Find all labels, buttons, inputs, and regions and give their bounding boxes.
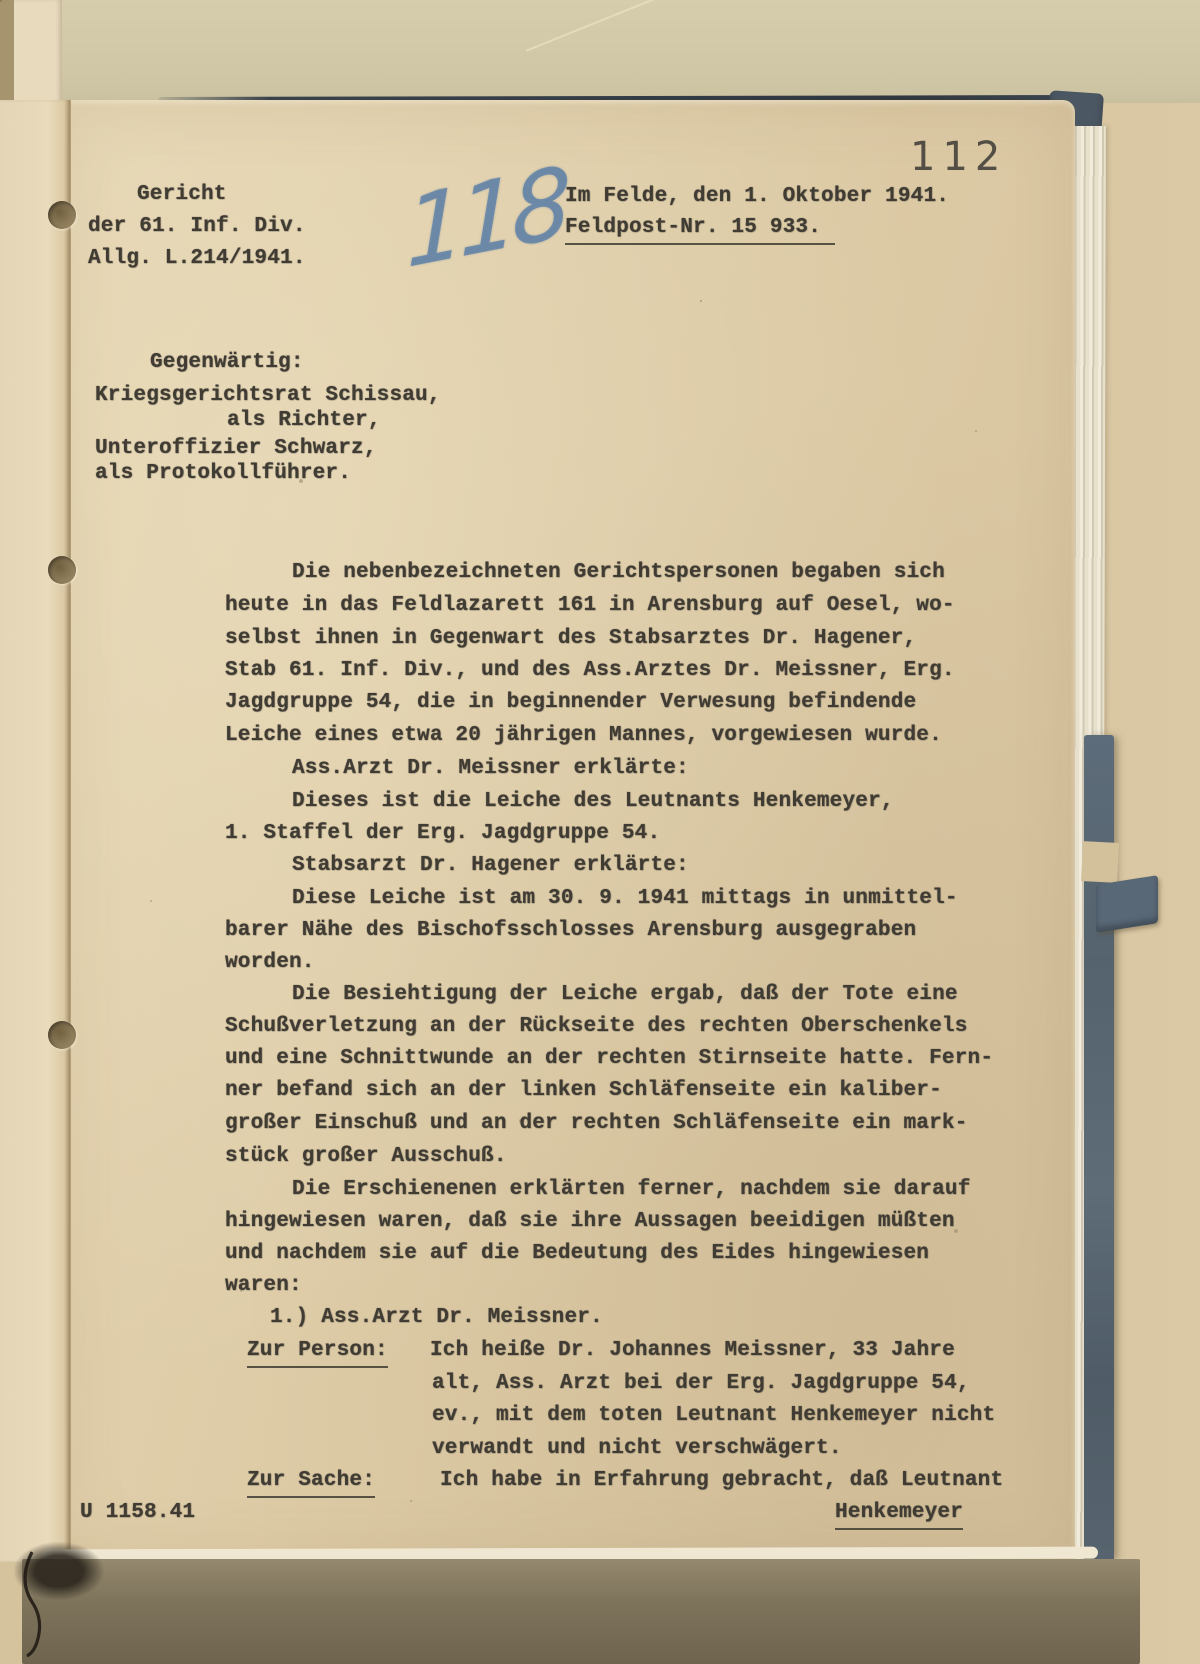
body-line: Schußverletzung an der Rückseite des rec… <box>225 1014 968 1040</box>
statement-label-person: Zur Person: <box>247 1338 388 1368</box>
statement-line: Ich heiße Dr. Johannes Meissner, 33 Jahr… <box>430 1338 955 1364</box>
header-court: Gericht <box>137 182 227 208</box>
statement-label-sache: Zur Sache: <box>247 1468 375 1498</box>
body-line: und nachdem sie auf die Bedeutung des Ei… <box>225 1241 929 1267</box>
body-line: Leiche eines etwa 20 jährigen Mannes, vo… <box>225 723 942 749</box>
signature-catchword: Henkemeyer <box>835 1500 963 1530</box>
attendee-clerk-name: Unteroffizier Schwarz, <box>95 436 377 462</box>
body-line: 1. Staffel der Erg. Jagdgruppe 54. <box>225 821 660 847</box>
body-line: worden. <box>225 950 315 976</box>
body-line: waren: <box>225 1273 302 1299</box>
body-line: Ass.Arzt Dr. Meissner erklärte: <box>292 756 689 782</box>
dateline: Im Felde, den 1. Oktober 1941. <box>565 184 949 210</box>
attendee-clerk-role: als Protokollführer. <box>95 461 351 487</box>
attendee-judge-role: als Richter, <box>227 408 381 434</box>
header-division: der 61. Inf. Div. <box>88 214 306 240</box>
body-line: ner befand sich an der linken Schläfense… <box>225 1078 942 1104</box>
witness-item: 1.) Ass.Arzt Dr. Meissner. <box>270 1305 603 1331</box>
body-line: Jagdgruppe 54, die in beginnender Verwes… <box>225 690 916 716</box>
attendees-title: Gegenwärtig: <box>150 350 304 376</box>
attendee-judge-name: Kriegsgerichtsrat Schissau, <box>95 383 441 409</box>
feldpost-number: Feldpost-Nr. 15 933. <box>565 215 835 245</box>
body-line: großer Einschuß und an der rechten Schlä… <box>225 1111 968 1137</box>
statement-line: verwandt und nicht verschwägert. <box>432 1436 842 1462</box>
scanned-document-page: 112 118 Gerichtder 61. Inf. Div.Allg. L.… <box>0 0 1200 1664</box>
body-line: Stab 61. Inf. Div., und des Ass.Arztes D… <box>225 658 955 684</box>
statement-line: alt, Ass. Arzt bei der Erg. Jagdgruppe 5… <box>432 1371 970 1397</box>
body-line: Dieses ist die Leiche des Leutnants Henk… <box>292 789 894 815</box>
statement-line: Ich habe in Erfahrung gebracht, daß Leut… <box>440 1468 1003 1494</box>
body-line: hingewiesen waren, daß sie ihre Aussagen… <box>225 1209 955 1235</box>
body-line: Diese Leiche ist am 30. 9. 1941 mittags … <box>292 886 958 912</box>
archive-page-number-stamp: 112 <box>910 134 1007 180</box>
file-reference: U 1158.41 <box>80 1500 195 1526</box>
typewritten-text-layer: Gerichtder 61. Inf. Div.Allg. L.214/1941… <box>0 0 1200 1664</box>
body-line: Die Besiehtigung der Leiche ergab, daß d… <box>292 982 958 1008</box>
body-line: heute in das Feldlazarett 161 in Arensbu… <box>225 593 955 619</box>
body-line: stück großer Ausschuß. <box>225 1144 507 1170</box>
body-line: Die Erschienenen erklärten ferner, nachd… <box>292 1177 971 1203</box>
body-line: selbst ihnen in Gegenwart des Stabsarzte… <box>225 626 916 652</box>
header-file-number: Allg. L.214/1941. <box>88 246 306 272</box>
body-line: Stabsarzt Dr. Hagener erklärte: <box>292 853 689 879</box>
body-line: und eine Schnittwunde an der rechten Sti… <box>225 1046 993 1072</box>
statement-line: ev., mit dem toten Leutnant Henkemeyer n… <box>432 1403 995 1429</box>
body-line: barer Nähe des Bischofsschlosses Arensbu… <box>225 918 916 944</box>
body-line: Die nebenbezeichneten Gerichtspersonen b… <box>292 560 945 586</box>
